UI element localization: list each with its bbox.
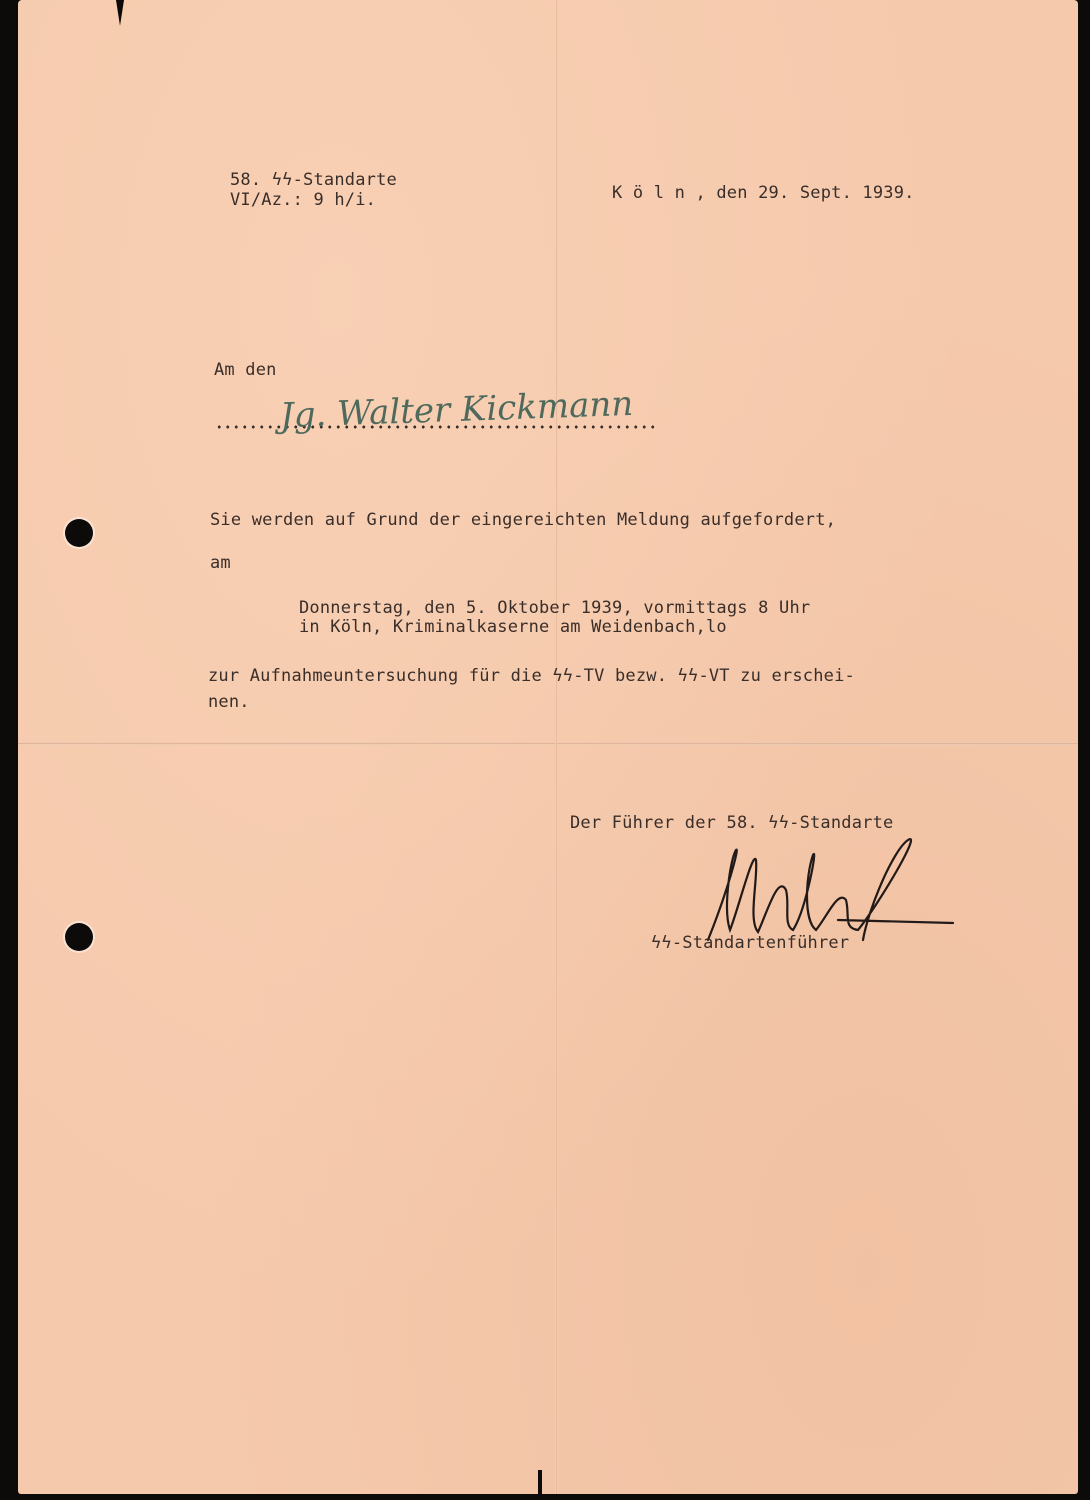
- header-date: K ö l n , den 29. Sept. 1939.: [612, 183, 915, 203]
- header-unit: 58. ϟϟ-Standarte: [230, 170, 397, 190]
- closing-rank: ϟϟ-Standartenführer: [651, 933, 849, 953]
- horizontal-fold-line: [18, 742, 1078, 745]
- body-line-1: Sie werden auf Grund der eingereichten M…: [210, 510, 836, 530]
- header-reference: VI/Az.: 9 h/i.: [230, 190, 376, 210]
- appointment-line-2: in Köln, Kriminalkaserne am Weidenbach,l…: [299, 617, 727, 637]
- document-paper: 58. ϟϟ-Standarte VI/Az.: 9 h/i. K ö l n …: [18, 0, 1078, 1494]
- vertical-fold-line: [555, 0, 558, 1494]
- punch-hole-top: [65, 519, 93, 547]
- body-line-4: nen.: [208, 692, 250, 712]
- body-line-2: am: [210, 553, 231, 573]
- salutation: Am den: [214, 360, 277, 380]
- paper-tear-bottom: [538, 1470, 542, 1500]
- body-line-3: zur Aufnahmeuntersuchung für die ϟϟ-TV b…: [208, 666, 855, 686]
- punch-hole-bottom: [65, 923, 93, 951]
- appointment-line-1: Donnerstag, den 5. Oktober 1939, vormitt…: [299, 598, 810, 618]
